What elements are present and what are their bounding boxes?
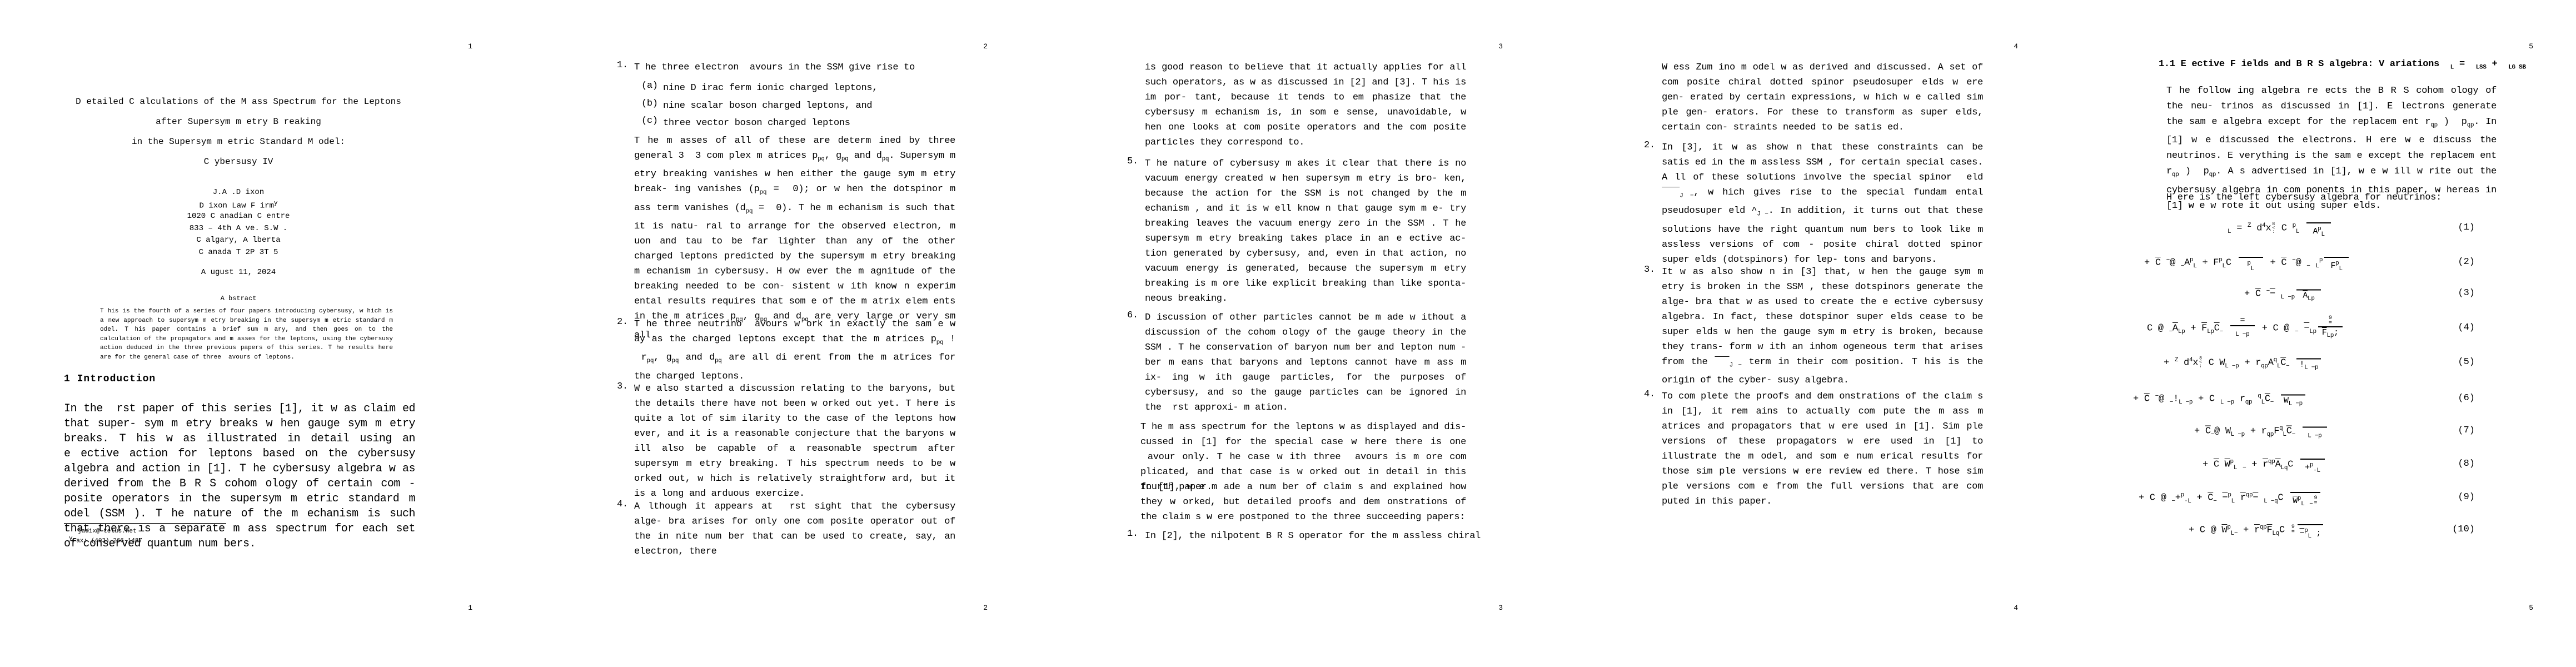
- equation-number: (1): [2430, 216, 2475, 240]
- list-subitem-text: three vector boson charged leptons: [663, 116, 850, 131]
- list-subitem-label: (a): [641, 81, 658, 91]
- page-number-bottom: 1: [445, 604, 472, 612]
- list-item-number: 3.: [617, 381, 628, 392]
- equation-line: + C −− L −pALp (3): [2061, 281, 2475, 306]
- page-number-top: 2: [960, 42, 988, 51]
- page-number-bottom: 3: [1475, 604, 1503, 612]
- author-address: 833 – 4th A ve. S.W .: [36, 224, 441, 233]
- list-item-text: In [2], the nilpotent B R S operator for…: [1145, 529, 1481, 544]
- footnote-email: jadix@ telus.net: [78, 528, 137, 535]
- equation-number: (7): [2430, 419, 2475, 443]
- list-item-number: 4.: [617, 499, 628, 510]
- author-address: C anada T 2P 3T 5: [36, 248, 441, 257]
- equation-body: + C @ WpL− + rqpFLqC 9=−pL ;: [2189, 519, 2325, 541]
- equation-number: (6): [2430, 386, 2475, 411]
- equation-number: (9): [2430, 485, 2475, 510]
- equation-number: (5): [2430, 350, 2475, 375]
- equation-line: + C−@ WL −p + rqpFqLC− L −p (7): [2061, 419, 2475, 443]
- list-item-number: 2.: [617, 317, 628, 327]
- page-4: 4 W ess Zum ino m odel w as derived and …: [1546, 0, 2061, 667]
- page-2: 2 1. T he three electron avours in the S…: [515, 0, 1030, 667]
- document-canvas: arXiv:0808.2301v1 [hep-th] 17 Aug 2008 1…: [0, 0, 2576, 667]
- equation-body: + C −@ −!L −p + C L −p rqp qLC− WL −p: [2133, 389, 2307, 409]
- page-3: 3 is good reason to believe that it actu…: [1030, 0, 1546, 667]
- list-item-text: W e also started a discussion relating t…: [634, 381, 955, 501]
- list-item-number: 4.: [1644, 389, 1655, 400]
- list-subitem-text: nine scalar boson charged leptons, and: [663, 98, 872, 113]
- paper-title-line: in the Supersym m etric Standard M odel:: [36, 137, 441, 147]
- author-name: J.A .D ixon: [36, 188, 441, 197]
- paper-title-line: D etailed C alculations of the M ass Spe…: [36, 97, 441, 107]
- equation-body: + Z d4x8<: C WL −p + rqpAqLC− !L −p: [2164, 353, 2323, 372]
- list-item-number: 5.: [1127, 156, 1138, 167]
- page-number-bottom: 4: [1990, 604, 2018, 612]
- page-number-top: 4: [1990, 42, 2018, 51]
- equation-number: (2): [2430, 250, 2475, 275]
- list-item-text: T he three electron avours in the SSM gi…: [634, 60, 915, 75]
- author-address: 1020 C anadian C entre: [36, 212, 441, 221]
- list-item-text: It w as also show n in [3] that, w hen t…: [1662, 265, 1983, 388]
- list-item-text: A lthough it appears at rst sight that t…: [634, 499, 955, 559]
- equation-body: L = Z d4x8<: C pL ApL: [2228, 217, 2333, 239]
- subsection-heading: 1.1 E ective F ields and B R S algebra: …: [2159, 59, 2526, 71]
- equation-number: (8): [2430, 452, 2475, 476]
- page-number-bottom: 5: [2505, 604, 2533, 612]
- list-item-number: 1.: [1127, 529, 1138, 539]
- equation-body: + C WpL − + rqpALqC +p·L: [2203, 453, 2326, 475]
- list-subitem-text: nine D irac ferm ionic charged leptons,: [663, 81, 878, 96]
- footnote-fax: yFax: (403) 266-1487: [69, 535, 142, 545]
- list-item-paragraph: T he m asses of all of these are determ …: [634, 133, 955, 343]
- author-address: C algary, A lberta: [36, 236, 441, 245]
- equation-body: + C @ −+p·L + C− −pL rqp− L −qC WpL −9=: [2139, 486, 2322, 509]
- equation-line: + C @ −+p·L + C− −pL rqp− L −qC WpL −9= …: [2061, 485, 2475, 510]
- equation-line: L = Z d4x8<: C pL ApL (1): [2061, 216, 2475, 240]
- section-heading: 1 Introduction: [64, 374, 156, 385]
- abstract-heading: A bstract: [36, 295, 441, 302]
- list-subitem-label: (b): [641, 98, 658, 109]
- equation-line: + C WpL − + rqpALqC +p·L (8): [2061, 452, 2475, 476]
- footnote-rule: [64, 523, 226, 524]
- equation-body: + C −@ −ApL + FpLC pL + C −@ − LpFpL: [2144, 251, 2350, 273]
- list-item-text: T he nature of cybersusy m akes it clear…: [1145, 156, 1466, 306]
- list-item-number: 3.: [1644, 265, 1655, 275]
- page-number-top: 3: [1475, 42, 1503, 51]
- page-5: 5 1.1 E ective F ields and B R S algebra…: [2061, 0, 2576, 667]
- abstract-text: T his is the fourth of a series of four …: [100, 307, 393, 362]
- equation-line: + C −@ −ApL + FpLC pL + C −@ − LpFpL (2): [2061, 250, 2475, 275]
- list-item-number: 1.: [617, 60, 628, 71]
- equation-line: + Z d4x8<: C WL −p + rqpAqLC− !L −p (5): [2061, 350, 2475, 375]
- page-number-bottom: 2: [960, 604, 988, 612]
- author-affiliation: D ixon Law F irmy: [36, 200, 441, 211]
- paper-title-line: after Supersym m etry B reaking: [36, 117, 441, 127]
- list-item-text: D iscussion of other particles cannot be…: [1145, 310, 1466, 415]
- equation-line: C @ −ALp + FLpC− =L −p + C @ − −Lp9=FLp;…: [2061, 316, 2475, 340]
- list-item-continuation: is good reason to believe that it actual…: [1145, 60, 1466, 150]
- equation-body: + C−@ WL −p + rqpFqLC− L −p: [2194, 421, 2329, 441]
- page-number-top: 1: [445, 42, 472, 51]
- page-1: 1 D etailed C alculations of the M ass S…: [0, 0, 515, 667]
- list-item-continuation: W ess Zum ino m odel w as derived and di…: [1662, 60, 1983, 135]
- paper-date: A ugust 11, 2024: [36, 268, 441, 277]
- list-subitem-label: (c): [641, 116, 658, 126]
- list-item-text: T he three neutrino avours w ork in exac…: [634, 317, 955, 384]
- list-item-number: 6.: [1127, 310, 1138, 321]
- equation-number: (3): [2430, 281, 2475, 306]
- paragraph: H ere is the left cybersusy algebra for …: [2166, 190, 2442, 205]
- equation-number: (10): [2430, 517, 2475, 542]
- list-item-text: To com plete the proofs and dem onstrati…: [1662, 389, 1983, 509]
- page-number-top: 5: [2505, 42, 2533, 51]
- list-item-text: In [3], it w as show n that these constr…: [1662, 140, 1983, 267]
- paragraph: In [1], w e m ade a num ber of claim s a…: [1140, 480, 1466, 525]
- equation-body: C @ −ALp + FLpC− =L −p + C @ − −Lp9=FLp;: [2147, 316, 2344, 340]
- equation-number: (4): [2430, 316, 2475, 340]
- equation-body: + C −− L −pALp: [2244, 284, 2323, 303]
- list-item-number: 2.: [1644, 140, 1655, 151]
- paper-title-line: C ybersusy IV: [36, 157, 441, 167]
- equation-line: + C @ WpL− + rqpFLqC 9=−pL ; (10): [2061, 517, 2475, 542]
- equation-line: + C −@ −!L −p + C L −p rqp qLC− WL −p (6…: [2061, 386, 2475, 411]
